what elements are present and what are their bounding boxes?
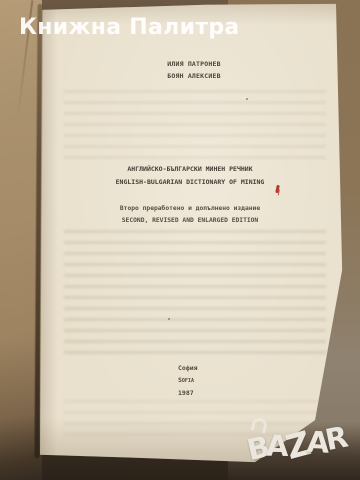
title-block: АНГЛИЙСКО-БЪЛГАРСКИ МИНЕН РЕЧНИК ENGLISH… xyxy=(36,163,344,189)
show-through-text xyxy=(64,230,326,354)
book-photo: ИЛИЯ ПАТРОНЕВ БОЯН АЛЕКСИЕВ АНГЛИЙСКО-БЪ… xyxy=(0,0,360,480)
show-through-text xyxy=(64,90,326,160)
imprint-year: 1987 xyxy=(178,388,198,400)
watermark: Книжна Палитра xyxy=(19,15,240,40)
author-line: БОЯН АЛЕКСИЕВ xyxy=(44,70,344,82)
logo-letter: R xyxy=(323,422,348,455)
paper-speck xyxy=(246,98,248,100)
paper-speck xyxy=(168,318,170,320)
red-ink-mark xyxy=(275,185,280,193)
book-title-bulgarian: АНГЛИЙСКО-БЪЛГАРСКИ МИНЕН РЕЧНИК xyxy=(36,163,344,176)
edition-note-bulgarian: Второ преработено и допълнено издание xyxy=(36,203,344,215)
imprint-city-bulgarian: София xyxy=(178,363,198,375)
book-title-english: ENGLISH-BULGARIAN DICTIONARY OF MINING xyxy=(36,176,344,189)
author-block: ИЛИЯ ПАТРОНЕВ БОЯН АЛЕКСИЕВ xyxy=(36,58,344,82)
author-line: ИЛИЯ ПАТРОНЕВ xyxy=(44,58,344,70)
edition-block: Второ преработено и допълнено издание SE… xyxy=(36,203,344,226)
imprint-city-english: Sofia xyxy=(178,375,198,387)
imprint-block: София Sofia 1987 xyxy=(178,363,198,400)
title-page: ИЛИЯ ПАТРОНЕВ БОЯН АЛЕКСИЕВ АНГЛИЙСКО-БЪ… xyxy=(36,2,344,464)
edition-note-english: SECOND, REVISED AND ENLARGED EDITION xyxy=(36,215,344,227)
